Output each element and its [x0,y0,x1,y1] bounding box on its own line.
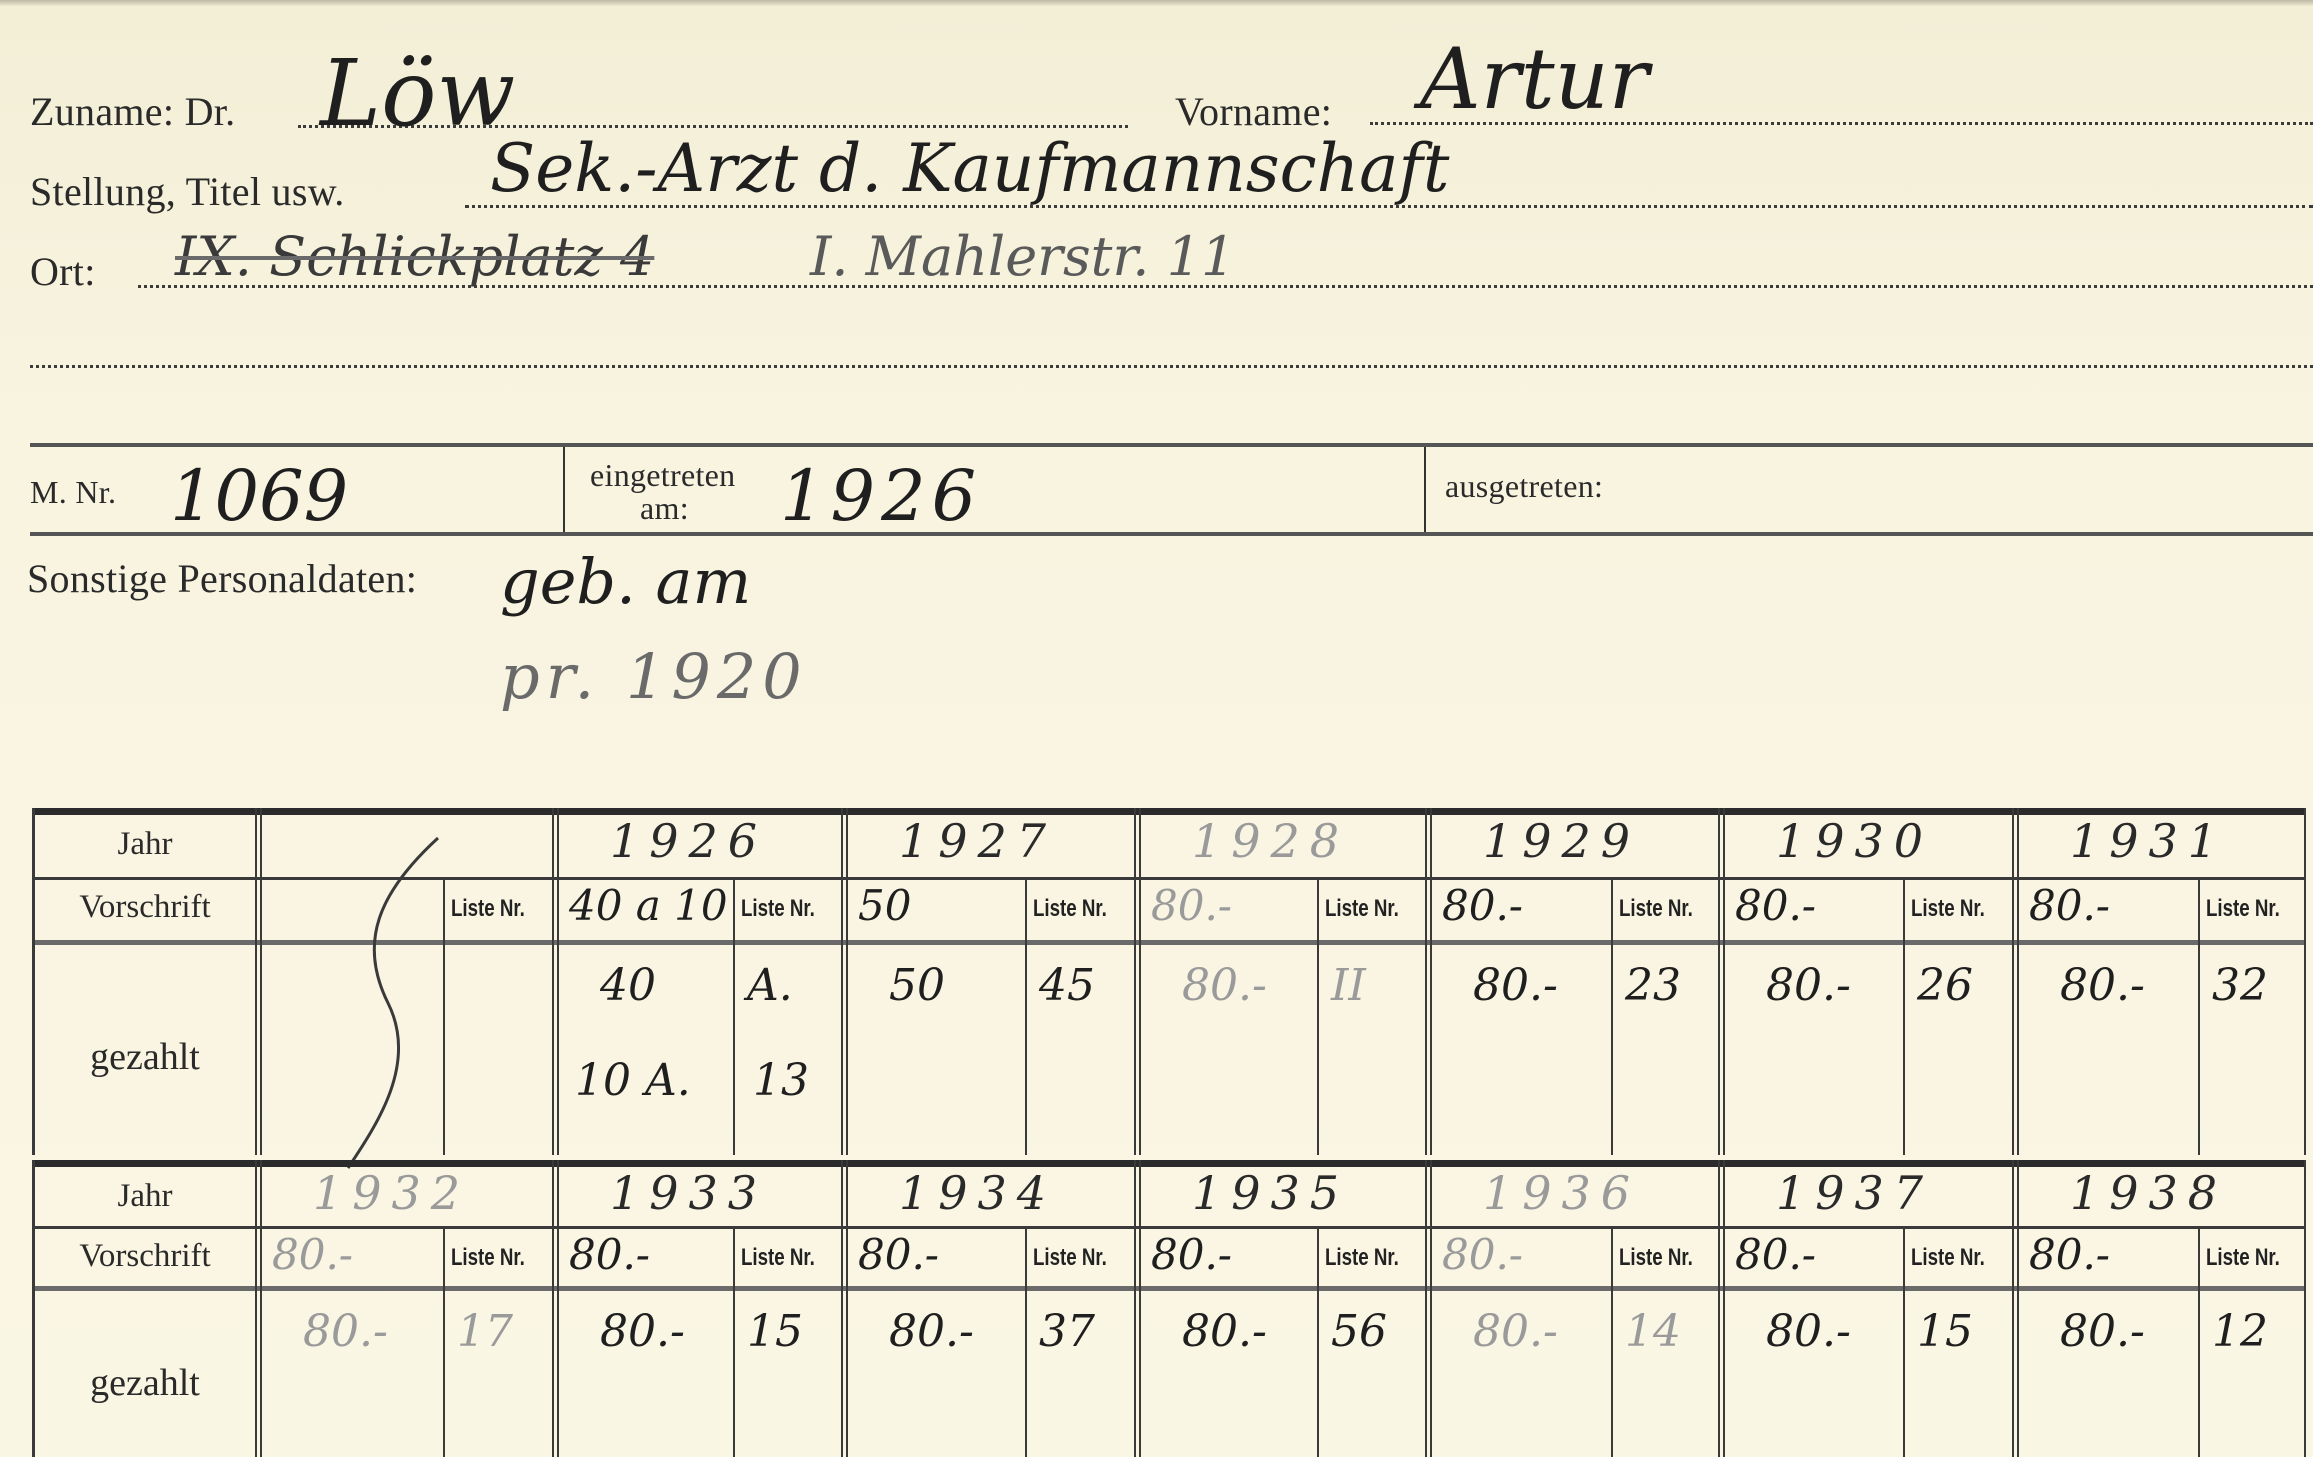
list-no-cell: 17 [457,1306,513,1357]
paid-cell: 80.- [2060,960,2145,1011]
group-divider [1134,808,1136,1155]
list-no-header: Liste Nr. [1619,1244,1693,1272]
table-block-top-rule [32,808,2304,815]
group-divider [1718,808,1720,1155]
list-no-cell: II [1331,960,1366,1011]
prescribed-row-rule [32,1286,2304,1291]
prescribed-cell: 80.- [569,1230,650,1279]
list-no-header: Liste Nr. [1619,895,1693,923]
position-value: Sek.-Arzt d. Kaufmannschaft [490,130,1449,207]
list-no-header: Liste Nr. [741,895,815,923]
row-label-paid: gezahlt [32,1035,258,1079]
list-no-cell: A. [747,960,793,1011]
year-cell: 1936 [1483,1166,1640,1220]
list-no-header: Liste Nr. [451,1244,525,1272]
paid-cell: 80.- [889,1306,974,1357]
list-no-cell: 37 [1039,1306,1095,1357]
personal-label: Sonstige Personaldaten: [27,555,417,602]
group-divider [1723,1160,1725,1457]
group-divider [260,1160,262,1457]
paid-cell: 50 [889,960,945,1011]
group-divider [846,808,848,1155]
paid-cell: 80.- [1182,960,1267,1011]
row-label-prescribed: Vorschrift [32,1238,258,1275]
year-cell: 1938 [2070,1166,2227,1220]
row-label-paid: gezahlt [32,1361,258,1405]
prescribed-cell: 80.- [1442,1230,1523,1279]
year-cell: 1934 [899,1166,1056,1220]
group-divider [552,808,554,1155]
card-top-edge [0,0,2313,6]
prescribed-cell: 80.- [1442,881,1523,930]
list-no-header: Liste Nr. [1033,895,1107,923]
year-cell: 1937 [1776,1166,1933,1220]
group-divider [557,808,559,1155]
list-no-cell: 14 [1625,1306,1681,1357]
year-cell: 1930 [1776,814,1933,868]
year-cell: 1926 [610,814,767,868]
firstname-value: Artur [1420,30,1649,128]
year-cell: 1931 [2070,814,2227,868]
group-divider [2012,808,2014,1155]
amount-list-divider [733,877,735,1155]
list-no-header: Liste Nr. [2206,1244,2280,1272]
prescribed-cell: 80.- [1735,881,1816,930]
extra-line [30,365,2313,368]
prescribed-cell: 80.- [858,1230,939,1279]
group-divider [2017,808,2019,1155]
group-divider [1718,1160,1720,1457]
year-cell: 1928 [1192,814,1349,868]
prescribed-cell: 80.- [2029,1230,2110,1279]
personal-line-2: pr. 1920 [500,640,808,713]
group-divider [841,808,843,1155]
prescribed-cell: 80.- [272,1230,353,1279]
place-label: Ort: [30,248,96,295]
bracket-mark-icon [318,833,518,1173]
surname-label: Zuname: Dr. [30,88,235,135]
amount-list-divider [2198,877,2200,1155]
group-divider [1425,1160,1427,1457]
joined-label-1: eingetreten [590,457,735,494]
amount-list-divider [1903,877,1905,1155]
personal-line-1: geb. am [500,545,751,618]
amount-list-divider [733,1226,735,1457]
list-no-cell: 26 [1917,960,1973,1011]
prescribed-cell: 40 a 10 [569,881,728,930]
prescribed-cell: 80.- [2029,881,2110,930]
row-label-year: Jahr [32,826,258,863]
group-divider [1430,808,1432,1155]
amount-list-divider [1317,877,1319,1155]
list-no-cell: 15 [747,1306,803,1357]
paid-cell: 80.- [1182,1306,1267,1357]
paid-cell: 80.- [1766,960,1851,1011]
list-no-header: Liste Nr. [1911,1244,1985,1272]
prescribed-cell: 80.- [1151,881,1232,930]
joined-value: 1926 [780,455,982,537]
membership-top-rule [30,443,2313,447]
membership-bottom-rule [30,532,2313,536]
year-cell: 1929 [1483,814,1640,868]
amount-list-divider [2198,1226,2200,1457]
paid-cell: 80.- [1473,960,1558,1011]
membership-divider-2 [1424,447,1426,532]
group-divider [1139,1160,1141,1457]
paid-cell: 80.- [1473,1306,1558,1357]
amount-list-divider [1317,1226,1319,1457]
list-no-header: Liste Nr. [2206,895,2280,923]
joined-label-2: am: [640,490,689,527]
group-divider [260,808,262,1155]
list-no-cell: 15 [1917,1306,1973,1357]
amount-list-divider [1025,877,1027,1155]
place-value: I. Mahlerstr. 11 [810,225,1235,288]
list-no-cell: 32 [2212,960,2268,1011]
place-value-struck: IX. Schlickplatz 4 [175,225,654,288]
group-divider [2012,1160,2014,1457]
amount-list-divider [443,1226,445,1457]
year-cell: 1933 [610,1166,767,1220]
membership-divider-1 [563,447,565,532]
surname-value: Löw [320,40,515,147]
paid-cell: 40 [600,960,656,1011]
year-cell: 1927 [899,814,1056,868]
membership-card: Zuname: Dr. Löw Vorname: Artur Stellung,… [0,0,2313,1457]
row-label-prescribed: Vorschrift [32,889,258,926]
group-divider [841,1160,843,1457]
list-no-cell: 45 [1039,960,1095,1011]
list-no-cell: 23 [1625,960,1681,1011]
group-divider [1425,808,1427,1155]
year-row-rule [32,1226,2304,1229]
position-label: Stellung, Titel usw. [30,168,345,215]
paid-cell: 80.- [1766,1306,1851,1357]
group-divider [846,1160,848,1457]
paid-cell: 80.- [303,1306,388,1357]
amount-list-divider [1903,1226,1905,1457]
row-label-year: Jahr [32,1178,258,1215]
group-divider [1139,808,1141,1155]
list-no-header: Liste Nr. [1325,895,1399,923]
list-no-cell: 56 [1331,1306,1387,1357]
prescribed-cell: 80.- [1735,1230,1816,1279]
group-divider [2017,1160,2019,1457]
amount-list-divider [1611,1226,1613,1457]
group-divider [557,1160,559,1457]
firstname-label: Vorname: [1175,88,1332,135]
year-cell: 1932 [313,1166,470,1220]
year-cell: 1935 [1192,1166,1349,1220]
table-right-border [2304,808,2306,1155]
amount-list-divider [1611,877,1613,1155]
prescribed-cell: 80.- [1151,1230,1232,1279]
list-no-cell: 12 [2212,1306,2268,1357]
paid-cell: 80.- [2060,1306,2145,1357]
table-right-border [2304,1160,2306,1457]
member-no-label: M. Nr. [30,474,116,511]
group-divider [552,1160,554,1457]
list-no-header: Liste Nr. [1325,1244,1399,1272]
paid-cell: 80.- [600,1306,685,1357]
list-no-cell-2: 13 [753,1055,809,1106]
group-divider [1430,1160,1432,1457]
paid-cell-2: 10 A. [575,1055,691,1106]
prescribed-cell: 50 [858,881,911,930]
group-divider [1134,1160,1136,1457]
amount-list-divider [1025,1226,1027,1457]
list-no-header: Liste Nr. [1033,1244,1107,1272]
left-label: ausgetreten: [1445,468,1603,505]
member-no-value: 1069 [170,455,348,537]
list-no-header: Liste Nr. [741,1244,815,1272]
list-no-header: Liste Nr. [1911,895,1985,923]
group-divider [1723,808,1725,1155]
